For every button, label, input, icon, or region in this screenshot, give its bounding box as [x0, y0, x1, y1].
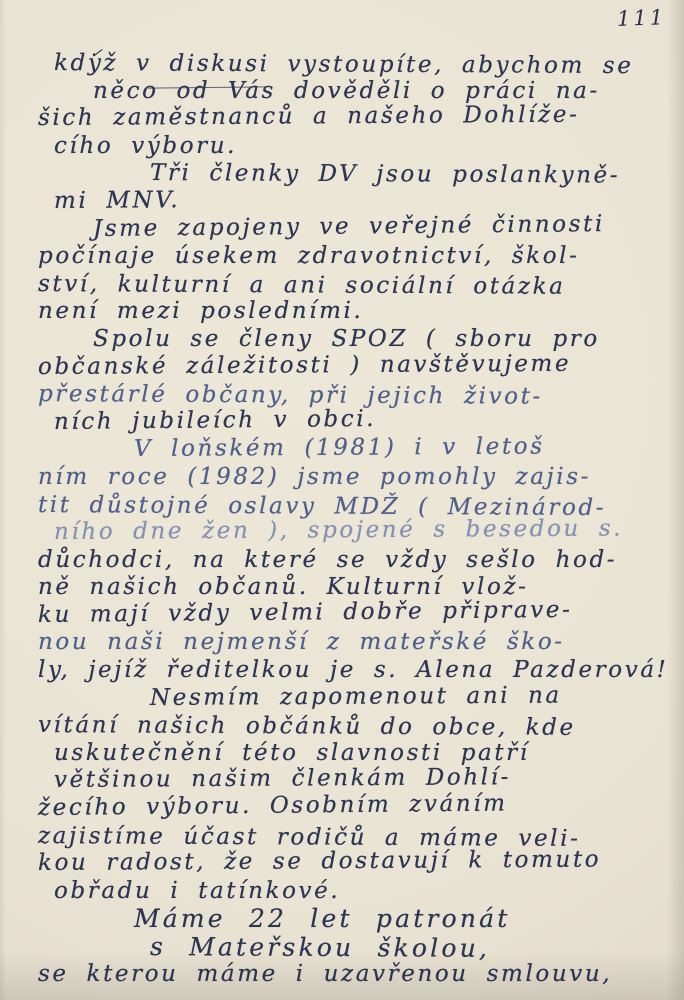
handwriting-line: obřadu i tatínkové.: [54, 878, 684, 906]
page-number: 111: [617, 5, 667, 31]
handwriting-line: cího výboru.: [54, 133, 684, 161]
handwriting-line: ních jubileích v obci.: [54, 403, 684, 437]
handwriting-line: nou naši nejmenší z mateřské ško-: [38, 629, 684, 657]
handwriting-line: ství, kulturní a ani sociální otázka: [38, 271, 684, 302]
handwriting-line: Nesmím zapomenout ani na: [150, 681, 684, 712]
handwriting-line: ly, jejíž ředitelkou je s. Alena Pazdero…: [38, 657, 684, 685]
handwriting-line: ku mají vždy velmi dobře připrave-: [38, 596, 684, 630]
manuscript-page: 111 ✓ když v diskusi vystoupíte, abychom…: [0, 0, 684, 1000]
handwriting-line: Jsme zapojeny ve veřejné činnosti: [93, 210, 684, 243]
handwriting-text-block: když v diskusi vystoupíte, abychom seněc…: [38, 50, 684, 988]
handwriting-line: Spolu se členy SPOZ ( sboru pro: [93, 326, 684, 354]
handwriting-line: když v diskusi vystoupíte, abychom se: [54, 50, 684, 81]
handwriting-line: kou radost, že se dostavují k tomuto: [38, 846, 684, 878]
handwriting-line: počínaje úsekem zdravotnictví, škol-: [38, 243, 684, 271]
handwriting-line: s Mateřskou školou,: [150, 933, 684, 963]
handwriting-line: důchodci, na které se vždy sešlo hod-: [38, 547, 684, 575]
handwriting-line: vítání našich občánků do obce, kde: [38, 712, 684, 743]
handwriting-line: Máme 22 let patronát: [134, 905, 684, 933]
handwriting-line: ního dne žen ), spojené s besedou s.: [54, 515, 684, 546]
handwriting-line: není mezi posledními.: [38, 298, 684, 326]
handwriting-line: ním roce (1982) jsme pomohly zajis-: [38, 464, 684, 492]
handwriting-line: občanské záležitosti ) navštěvujeme: [38, 350, 684, 382]
handwriting-line: se kterou máme i uzavřenou smlouvu,: [38, 961, 684, 989]
handwriting-line: šich zaměstnanců a našeho Dohlíže-: [38, 101, 684, 133]
handwriting-line: žecího výboru. Osobním zváním: [38, 789, 684, 823]
handwriting-line: V loňském (1981) i v letoš: [134, 433, 684, 464]
